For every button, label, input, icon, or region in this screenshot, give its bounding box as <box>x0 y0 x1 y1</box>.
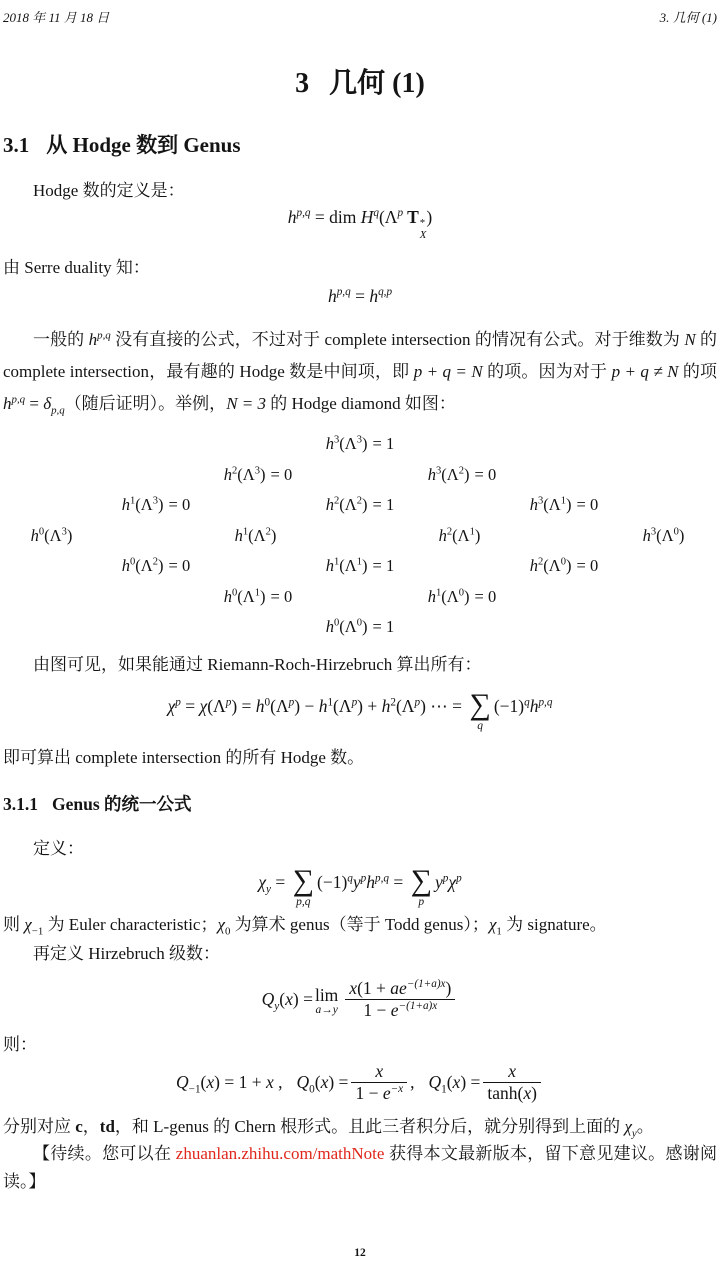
header-date: 2018 年 11 月 18 日 <box>3 7 109 26</box>
limit-operator: lima→y <box>315 987 338 1017</box>
formula-q-list: Q−1(x) = 1 + x , Q0(x) = x1 − e−x , Q1(x… <box>3 1061 717 1104</box>
diamond-cell: h3(Λ3)= 1 <box>309 434 411 454</box>
hodge-diamond: h3(Λ3)= 1 h2(Λ3)= 0 h3(Λ2)= 0 h1(Λ3)= 0 … <box>3 429 717 643</box>
diamond-cell: h0(Λ1)= 0 <box>207 587 309 607</box>
paragraph-ze: 则： <box>3 1034 717 1055</box>
paragraph-hodge-def: Hodge 数的定义是： <box>3 180 717 201</box>
paragraph-general-formula: 一般的 hp,q 没有直接的公式，不过对于 complete intersect… <box>3 324 717 420</box>
paragraph-chi-description: 则 χ−1 为 Euler characteristic；χ0 为算术 genu… <box>3 913 717 936</box>
paragraph-dingyi: 定义： <box>3 838 717 859</box>
chapter-number: 3 <box>295 68 309 99</box>
q-one-equation: Q1(x) = <box>428 1072 480 1093</box>
diamond-cell: h1(Λ1)= 1 <box>309 556 411 576</box>
diamond-cell: h3(Λ1)= 0 <box>513 495 615 515</box>
formula-lhs: Qy(x) = <box>262 989 313 1010</box>
diamond-cell: h1(Λ2) <box>207 526 309 546</box>
diamond-cell: h3(Λ0) <box>615 526 717 546</box>
formula-hirzebruch-series: Qy(x) = lima→y x(1 + ae−(1+a)x) 1 − e−(1… <box>3 978 717 1021</box>
paragraph-riemann-roch: 由图可见，如果能通过 Riemann-Roch-Hirzebruch 算出所有： <box>3 654 717 675</box>
diamond-cell: h3(Λ2)= 0 <box>411 465 513 485</box>
page-header: 2018 年 11 月 18 日 3. 几何 (1) <box>3 0 717 26</box>
diamond-cell: h1(Λ0)= 0 <box>411 587 513 607</box>
diamond-cell: h0(Λ0)= 1 <box>309 617 411 637</box>
paragraph-daixu: 【待续。您可以在 zhuanlan.zhihu.com/mathNote 获得本… <box>3 1140 717 1196</box>
chapter-title-text: 几何 (1) <box>329 68 425 99</box>
page-title: 3几何 (1) <box>3 66 717 102</box>
formula-serre-duality: hp,q = hq,p <box>3 286 717 307</box>
diamond-cell: h2(Λ0)= 0 <box>513 556 615 576</box>
page-number: 12 <box>0 1247 720 1259</box>
sum-operator: ∑p,q <box>293 867 314 907</box>
fraction: xtanh(x) <box>483 1061 541 1104</box>
section-heading-3-1: 3.1从 Hodge 数到 Genus <box>3 132 717 159</box>
q-zero-equation: Q0(x) = <box>297 1072 349 1093</box>
subsection-number: 3.1.1 <box>3 794 38 814</box>
formula-chi-y: χy = ∑p,q(−1)qyphp,q = ∑pypχp <box>3 864 717 904</box>
diamond-cell: h1(Λ3)= 0 <box>105 495 207 515</box>
diamond-cell: h2(Λ1) <box>411 526 513 546</box>
zhihu-link[interactable]: zhuanlan.zhihu.com/mathNote <box>176 1144 385 1163</box>
diamond-cell: h0(Λ2)= 0 <box>105 556 207 576</box>
document-page: 2018 年 11 月 18 日 3. 几何 (1) 3几何 (1) 3.1从 … <box>0 0 720 1265</box>
diamond-cell: h2(Λ2)= 1 <box>309 495 411 515</box>
diamond-cell: h2(Λ3)= 0 <box>207 465 309 485</box>
paragraph-jike: 即可算出 complete intersection 的所有 Hodge 数。 <box>3 747 717 768</box>
subsection-title-text: Genus 的统一公式 <box>52 794 192 814</box>
sum-operator: ∑p <box>411 867 432 907</box>
fraction: x(1 + ae−(1+a)x) 1 − e−(1+a)x <box>345 978 455 1021</box>
diamond-cell: h0(Λ3) <box>3 526 105 546</box>
fraction: x1 − e−x <box>351 1061 407 1104</box>
paragraph-serre: 由 Serre duality 知： <box>3 257 717 278</box>
section-title-text: 从 Hodge 数到 Genus <box>46 133 240 157</box>
section-number: 3.1 <box>3 133 29 157</box>
paragraph-zaidingyi: 再定义 Hirzebruch 级数： <box>3 943 717 964</box>
paragraph-fenbie: 分别对应 c，td，和 L-genus 的 Chern 根形式。且此三者积分后，… <box>3 1116 717 1138</box>
sum-operator: ∑q <box>469 691 490 731</box>
section-heading-3-1-1: 3.1.1Genus 的统一公式 <box>3 793 717 816</box>
header-running-title: 3. 几何 (1) <box>660 7 717 26</box>
formula-chi-p: χp = χ(Λp) = h0(Λp) − h1(Λp) + h2(Λp) ⋯ … <box>3 688 717 728</box>
formula-hodge-number-def: hp,q = dim Hq(ΛpT*X) <box>3 207 717 241</box>
q-minus1-equation: Q−1(x) = 1 + x , <box>176 1072 283 1093</box>
